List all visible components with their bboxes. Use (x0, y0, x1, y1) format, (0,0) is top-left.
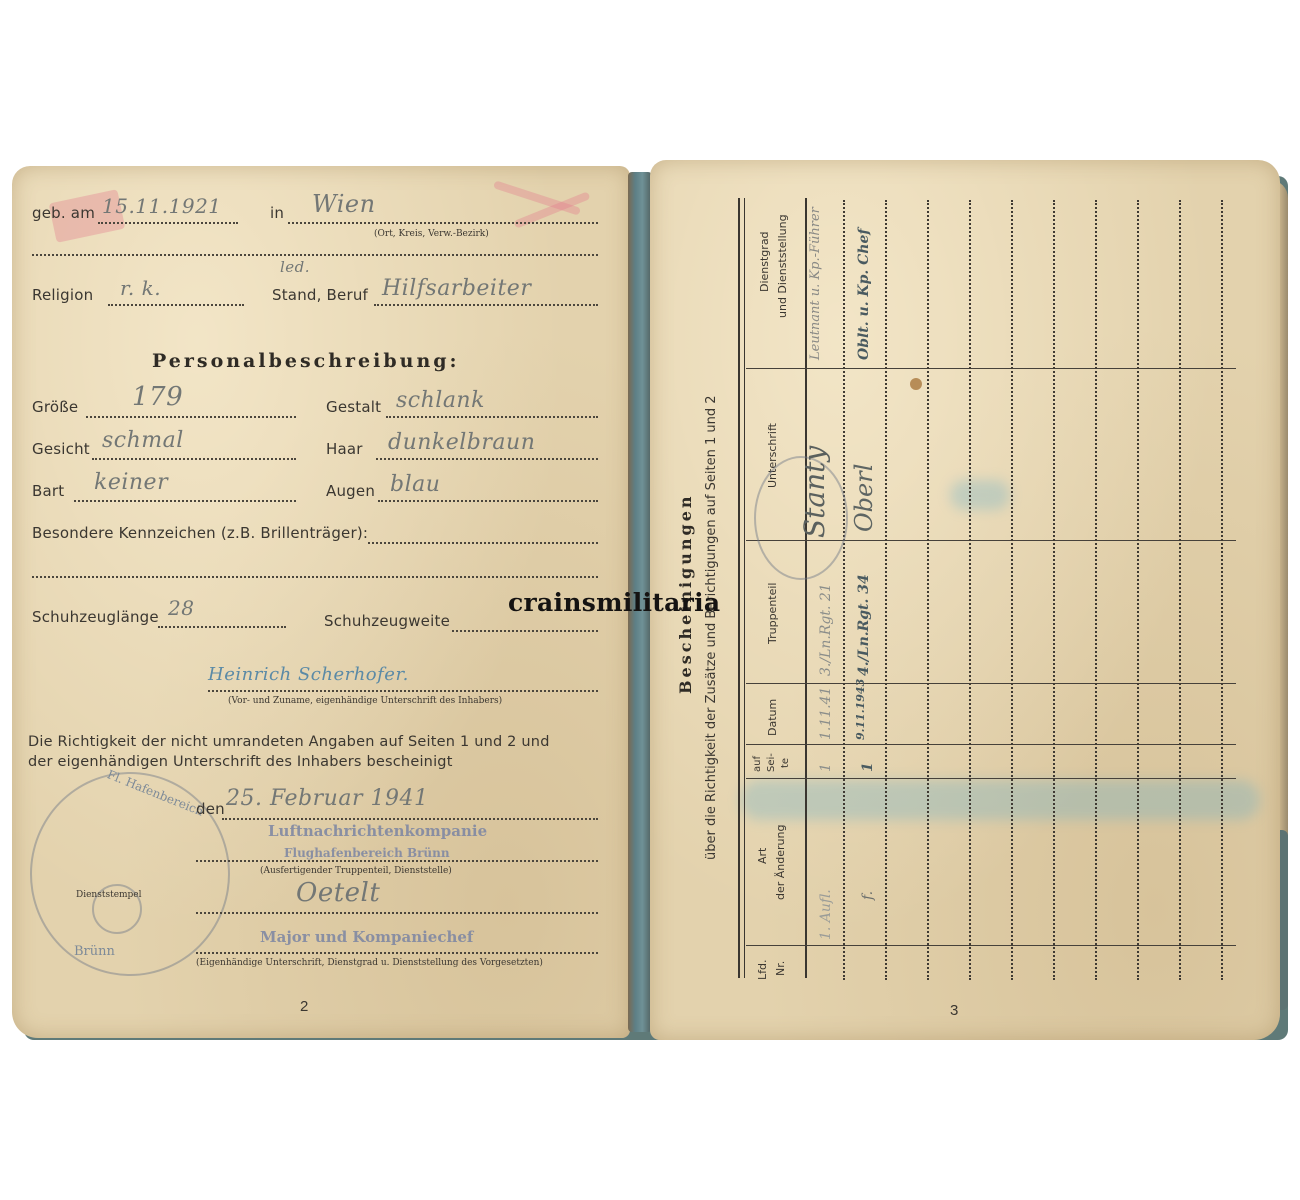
entry-row-8 (1137, 200, 1139, 980)
birth-place-caption: (Ort, Kreis, Verw.-Bezirk) (374, 229, 489, 239)
unit-stamp-line2: Flughafenbereich Brünn (284, 846, 450, 860)
entry-2-art: f. (860, 891, 876, 900)
unit-field-line (196, 860, 598, 862)
entry-1-truppenteil: 3./Ln.Rgt. 21 (818, 583, 834, 676)
born-on-value: 15.11.1921 (102, 194, 222, 218)
certification-text-line1: Die Richtigkeit der nicht umrandeten Ang… (28, 734, 550, 750)
beard-field-line (74, 500, 296, 502)
beard-value: keiner (94, 470, 168, 495)
header-lfd-line2: Nr. (774, 961, 787, 976)
occupation-label: Stand, Beruf (272, 286, 368, 304)
entry-1-dienstgrad: Leutnant u. Kp.-Führer (808, 207, 823, 360)
page-number-left: 2 (300, 998, 308, 1015)
officer-rank-stamp: Major und Kompaniechef (260, 928, 473, 946)
holder-signature-caption: (Vor- und Zuname, eigenhändige Unterschr… (228, 696, 502, 706)
officer-signature: Oetelt (296, 878, 380, 908)
hair-label: Haar (326, 440, 363, 458)
certification-text-line2: der eigenhändigen Unterschrift des Inhab… (28, 754, 453, 770)
entry-row-4 (969, 200, 971, 980)
entry-row-2 (885, 200, 887, 980)
entry-row-9 (1179, 200, 1181, 980)
birth-place-field-line (288, 222, 598, 224)
eyes-field-line (378, 500, 598, 502)
entry-1-datum: 1.11.41 (818, 687, 834, 740)
height-field-line (86, 416, 296, 418)
date-field-line (222, 818, 598, 820)
marital-status-value: led. (280, 258, 310, 276)
table-outer-border (738, 198, 740, 978)
entry-2-seite: 1 (860, 762, 876, 772)
special-marks-extra-line (32, 576, 598, 578)
height-label: Größe (32, 398, 78, 416)
service-stamp-label: Dienststempel (76, 890, 142, 900)
shoe-length-label: Schuhzeuglänge (32, 608, 159, 626)
entry-1-unterschrift: Stanty (798, 446, 831, 538)
build-field-line (386, 416, 598, 418)
shoe-width-label: Schuhzeugweite (324, 612, 450, 630)
face-value: schmal (102, 428, 184, 453)
height-value: 179 (132, 382, 183, 412)
special-marks-label: Besondere Kennzeichen (z.B. Brillenträge… (32, 524, 368, 542)
birth-place-label: in (270, 204, 284, 222)
entry-row-5 (1011, 200, 1013, 980)
build-value: schlank (396, 388, 485, 413)
table-header-separator (805, 198, 807, 978)
round-stamp-text-bottom: Brünn (74, 944, 115, 959)
water-stain (740, 780, 1260, 820)
entry-2-datum: 9.11.1943 (854, 679, 867, 740)
date-value: 25. Februar 1941 (226, 786, 428, 811)
entry-row-7 (1095, 200, 1097, 980)
eyes-value: blau (390, 472, 440, 497)
holder-signature: Heinrich Scherhofer. (208, 664, 409, 685)
face-label: Gesicht (32, 440, 90, 458)
entry-1-seite: 1 (818, 763, 834, 772)
entry-1-art: 1. Aufl. (818, 889, 834, 940)
born-on-label: geb. am (32, 204, 95, 222)
header-dienstgrad-line1: Dienstgrad (758, 231, 771, 292)
unit-stamp-line1: Luftnachrichtenkompanie (268, 822, 487, 840)
header-datum: Datum (766, 699, 779, 736)
header-art-line1: Art (756, 848, 769, 864)
watermark: crainsmilitaria (508, 588, 720, 617)
birth-extra-line (32, 254, 598, 256)
occupation-field-line (374, 304, 598, 306)
special-marks-field-line (368, 542, 598, 544)
right-page: Bescheinigungen über die Richtigkeit der… (650, 160, 1280, 1040)
date-label: den (196, 800, 225, 818)
header-dienstgrad-line2: und Dienststellung (776, 214, 789, 318)
personal-description-heading: Personalbeschreibung: (152, 350, 460, 372)
header-seite-line1: auf (752, 756, 763, 772)
entry-row-6 (1053, 200, 1055, 980)
officer-rank-line (196, 952, 598, 954)
certifications-subtitle: über die Richtigkeit der Zusätze und Ber… (704, 396, 719, 860)
header-lfd-line1: Lfd. (756, 960, 769, 980)
page-number-right: 3 (950, 1002, 958, 1019)
header-seite-line2: Sei- (766, 753, 777, 772)
entry-2-unterschrift: Oberl (850, 464, 878, 532)
entry-2-dienstgrad: Oblt. u. Kp. Chef (856, 229, 872, 360)
officer-caption: (Eigenhändige Unterschrift, Dienstgrad u… (196, 958, 543, 968)
shoe-length-value: 28 (168, 596, 194, 620)
religion-label: Religion (32, 286, 93, 304)
shoe-width-field-line (452, 630, 598, 632)
religion-field-line (108, 304, 244, 306)
entry-2-truppenteil: 4./Ln.Rgt. 34 (856, 574, 872, 676)
birth-place-value: Wien (312, 190, 376, 218)
hair-field-line (376, 458, 598, 460)
born-on-field-line (98, 222, 238, 224)
beard-label: Bart (32, 482, 64, 500)
officer-signature-line (196, 912, 598, 914)
religion-value: r. k. (120, 276, 161, 300)
shoe-length-field-line (158, 626, 286, 628)
entry-row-1 (843, 200, 845, 980)
ink-spot (910, 378, 922, 390)
entry-row-10 (1221, 200, 1223, 980)
face-field-line (92, 458, 296, 460)
occupation-value: Hilfsarbeiter (382, 276, 531, 301)
water-stain (950, 480, 1010, 510)
column-divider-datum (746, 744, 1236, 745)
holder-signature-line (208, 690, 598, 692)
header-truppenteil: Truppenteil (766, 583, 779, 645)
column-divider-truppenteil (746, 683, 1236, 684)
unit-caption: (Ausfertigender Truppenteil, Dienststell… (260, 866, 452, 876)
hair-value: dunkelbraun (388, 430, 535, 455)
header-seite-line3: te (780, 758, 791, 768)
eyes-label: Augen (326, 482, 375, 500)
table-outer-border-inner (744, 198, 745, 978)
build-label: Gestalt (326, 398, 381, 416)
entry-row-3 (927, 200, 929, 980)
column-divider-seite (746, 778, 1236, 779)
column-divider-dienstgrad (746, 368, 1236, 369)
header-art-line2: der Änderung (774, 825, 787, 900)
column-divider-art (746, 945, 1236, 946)
